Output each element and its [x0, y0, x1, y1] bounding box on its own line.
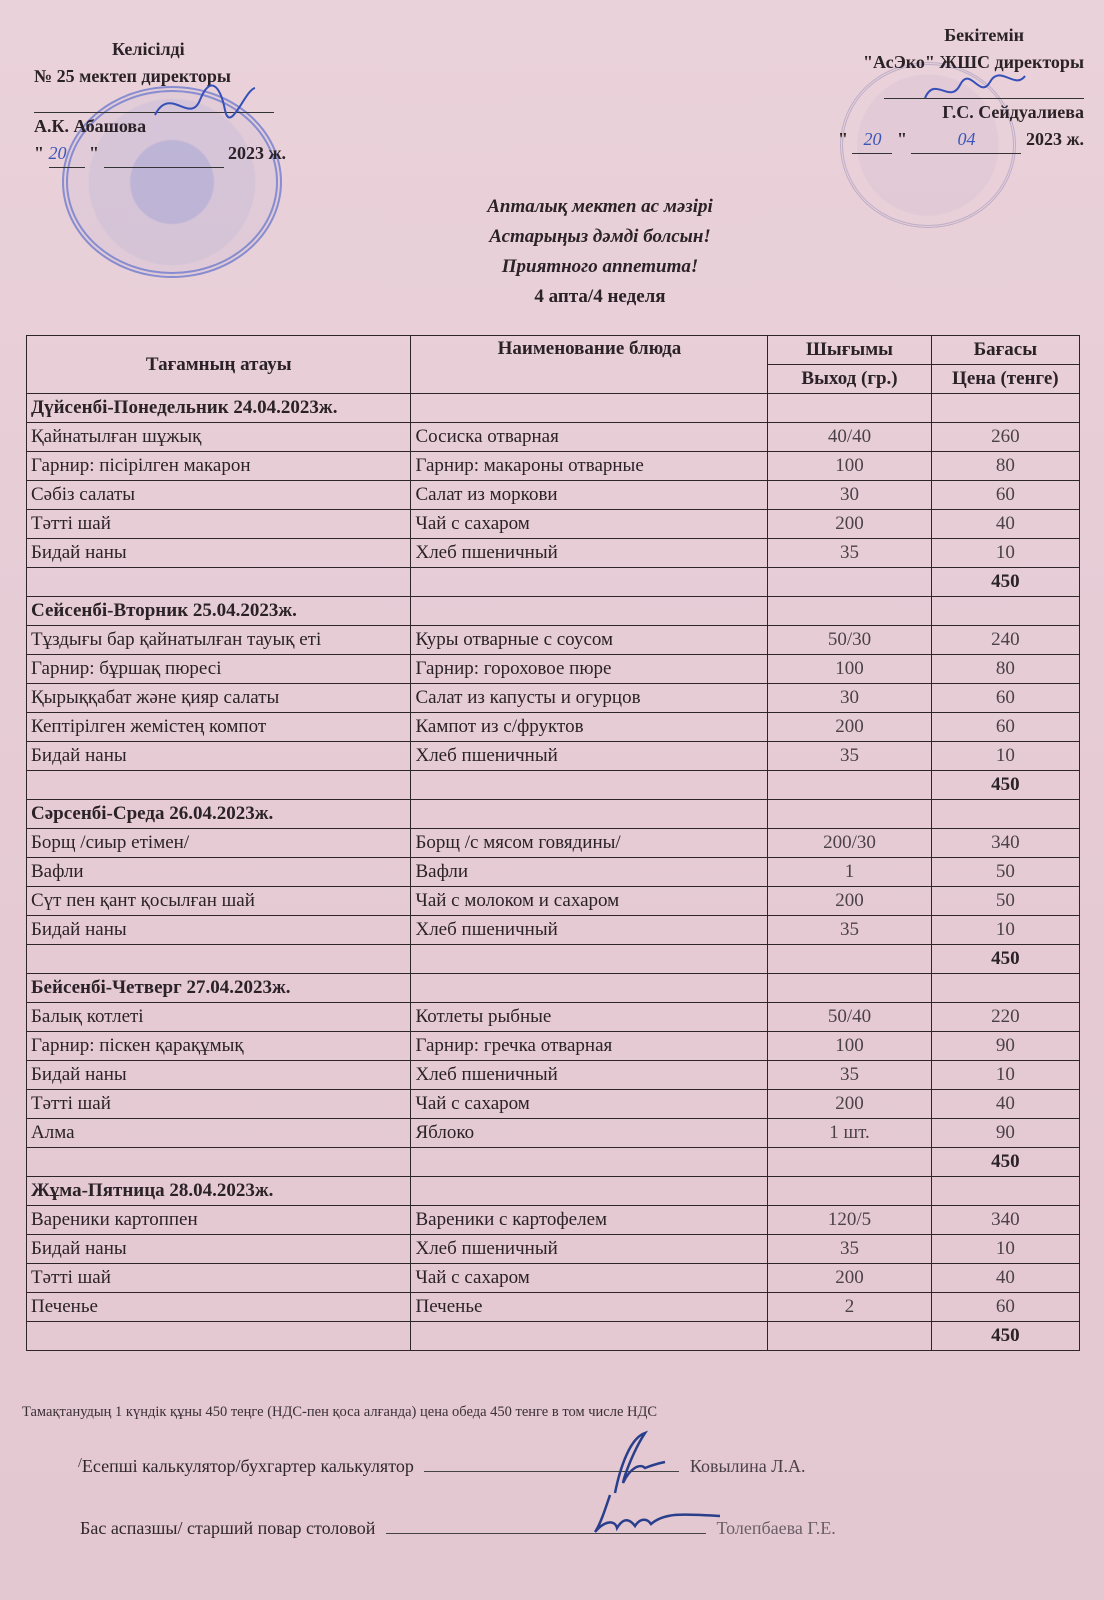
dish-price: 50 [931, 887, 1079, 916]
empty-cell [27, 771, 411, 800]
dish-name-ru: Куры отварные с соусом [411, 626, 768, 655]
dish-name-kz: Бидай наны [27, 1235, 411, 1264]
day-title: Жұма-Пятница 28.04.2023ж. [27, 1177, 411, 1206]
dish-name-kz: Тәтті шай [27, 1264, 411, 1293]
dish-name-kz: Гарнир: піскен қарақұмық [27, 1032, 411, 1061]
header-price-kz: Бағасы [931, 336, 1079, 365]
approval-right-year: 2023 ж. [1026, 129, 1084, 149]
dish-yield: 200/30 [768, 829, 931, 858]
dish-name-ru: Гарнир: гороховое пюре [411, 655, 768, 684]
approval-left-year: 2023 ж. [228, 143, 286, 163]
day-header-row: Дүйсенбі-Понедельник 24.04.2023ж. [27, 394, 1080, 423]
dish-price: 80 [931, 452, 1079, 481]
dish-price: 60 [931, 481, 1079, 510]
empty-cell [411, 1322, 768, 1351]
dish-name-ru: Кампот из с/фруктов [411, 713, 768, 742]
day-total-row: 450 [27, 568, 1080, 597]
empty-cell [411, 597, 768, 626]
dish-name-ru: Котлеты рыбные [411, 1003, 768, 1032]
empty-cell [27, 1322, 411, 1351]
dish-price: 80 [931, 655, 1079, 684]
dish-name-ru: Чай с сахаром [411, 1264, 768, 1293]
dish-yield: 1 [768, 858, 931, 887]
table-row: Бидай наныХлеб пшеничный3510 [27, 1061, 1080, 1090]
dish-yield: 200 [768, 1264, 931, 1293]
table-row: Бидай наныХлеб пшеничный3510 [27, 916, 1080, 945]
dish-name-ru: Вареники с картофелем [411, 1206, 768, 1235]
menu-greeting-ru: Приятного аппетита! [380, 252, 820, 282]
date-quote: " [897, 129, 907, 149]
empty-cell [931, 800, 1079, 829]
dish-name-ru: Чай с сахаром [411, 1090, 768, 1119]
dish-price: 340 [931, 829, 1079, 858]
day-title: Бейсенбі-Четверг 27.04.2023ж. [27, 974, 411, 1003]
approval-left-month-line [104, 140, 224, 168]
table-row: Гарнир: піскен қарақұмықГарнир: гречка о… [27, 1032, 1080, 1061]
dish-yield: 35 [768, 742, 931, 771]
table-row: Тәтті шайЧай с сахаром20040 [27, 510, 1080, 539]
dish-yield: 120/5 [768, 1206, 931, 1235]
dish-yield: 200 [768, 510, 931, 539]
dish-name-kz: Балық котлеті [27, 1003, 411, 1032]
header-name-kz: Тағамның атауы [27, 336, 411, 394]
dish-price: 60 [931, 713, 1079, 742]
table-row: Сүт пен қант қосылған шайЧай с молоком и… [27, 887, 1080, 916]
dish-price: 60 [931, 1293, 1079, 1322]
dish-price: 220 [931, 1003, 1079, 1032]
empty-cell [411, 800, 768, 829]
dish-name-ru: Хлеб пшеничный [411, 539, 768, 568]
dish-name-ru: Чай с молоком и сахаром [411, 887, 768, 916]
dish-name-ru: Вафли [411, 858, 768, 887]
empty-cell [768, 1148, 931, 1177]
dish-yield: 35 [768, 1235, 931, 1264]
dish-price: 240 [931, 626, 1079, 655]
date-quote: " [34, 143, 44, 163]
dish-yield: 30 [768, 684, 931, 713]
dish-yield: 1 шт. [768, 1119, 931, 1148]
day-title: Сәрсенбі-Среда 26.04.2023ж. [27, 800, 411, 829]
approval-right-day: 20 [852, 126, 892, 154]
empty-cell [931, 974, 1079, 1003]
day-total-row: 450 [27, 1322, 1080, 1351]
empty-cell [27, 568, 411, 597]
day-total-row: 450 [27, 945, 1080, 974]
header-yield-ru: Выход (гр.) [768, 365, 931, 394]
menu-table-body: Дүйсенбі-Понедельник 24.04.2023ж.Қайнаты… [27, 394, 1080, 1351]
dish-price: 50 [931, 858, 1079, 887]
table-row: Балық котлетіКотлеты рыбные50/40220 [27, 1003, 1080, 1032]
empty-cell [768, 568, 931, 597]
dish-name-ru: Хлеб пшеничный [411, 1235, 768, 1264]
dish-name-kz: Алма [27, 1119, 411, 1148]
empty-cell [27, 945, 411, 974]
table-row: Бидай наныХлеб пшеничный3510 [27, 1235, 1080, 1264]
day-total: 450 [931, 568, 1079, 597]
table-row: Бидай наныХлеб пшеничный3510 [27, 742, 1080, 771]
empty-cell [27, 1148, 411, 1177]
signature-director-right-icon [920, 70, 1030, 110]
dish-price: 90 [931, 1032, 1079, 1061]
day-total-row: 450 [27, 771, 1080, 800]
table-row: Тәтті шайЧай с сахаром20040 [27, 1264, 1080, 1293]
empty-cell [768, 974, 931, 1003]
signature-name: Ковылина Л.А. [690, 1456, 806, 1476]
menu-title-kz: Апталық мектеп ас мәзірі [380, 192, 820, 222]
dish-name-kz: Бидай наны [27, 742, 411, 771]
table-header-row: Тағамның атауы Наименование блюда Шығымы… [27, 336, 1080, 365]
dish-name-ru: Салат из моркови [411, 481, 768, 510]
dish-price: 340 [931, 1206, 1079, 1235]
approval-right-date: " 20 " 04 2023 ж. [764, 126, 1084, 154]
table-row: Борщ /сиыр етімен/Борщ /с мясом говядины… [27, 829, 1080, 858]
dish-name-ru: Борщ /с мясом говядины/ [411, 829, 768, 858]
signature-row-accountant: /Есепші калькулятор/бухгартер калькулято… [78, 1456, 806, 1477]
dish-name-kz: Кептірілген жемістең компот [27, 713, 411, 742]
dish-name-kz: Печенье [27, 1293, 411, 1322]
dish-price: 10 [931, 1061, 1079, 1090]
empty-cell [768, 771, 931, 800]
empty-cell [931, 597, 1079, 626]
signature-role: Есепші калькулятор/бухгартер калькулятор [82, 1456, 414, 1476]
table-row: АлмаЯблоко1 шт.90 [27, 1119, 1080, 1148]
dish-name-kz: Гарнир: пісірілген макарон [27, 452, 411, 481]
dish-name-kz: Вафли [27, 858, 411, 887]
dish-name-kz: Бидай наны [27, 539, 411, 568]
day-header-row: Сәрсенбі-Среда 26.04.2023ж. [27, 800, 1080, 829]
dish-yield: 100 [768, 452, 931, 481]
dish-yield: 35 [768, 539, 931, 568]
day-total: 450 [931, 1322, 1079, 1351]
date-quote: " [89, 143, 99, 163]
table-row: Тәтті шайЧай с сахаром20040 [27, 1090, 1080, 1119]
dish-price: 10 [931, 539, 1079, 568]
table-row: ПеченьеПеченье260 [27, 1293, 1080, 1322]
dish-name-ru: Печенье [411, 1293, 768, 1322]
menu-title-block: Апталық мектеп ас мәзірі Астарыңыз дәмді… [380, 192, 820, 312]
dish-yield: 35 [768, 1061, 931, 1090]
signature-accountant-icon [595, 1428, 685, 1498]
empty-cell [768, 1177, 931, 1206]
day-total: 450 [931, 945, 1079, 974]
dish-yield: 50/40 [768, 1003, 931, 1032]
table-row: Бидай наныХлеб пшеничный3510 [27, 539, 1080, 568]
empty-cell [768, 597, 931, 626]
dish-yield: 200 [768, 887, 931, 916]
dish-name-kz: Вареники картоппен [27, 1206, 411, 1235]
table-row: Қайнатылған шұжықСосиска отварная40/4026… [27, 423, 1080, 452]
empty-cell [768, 945, 931, 974]
dish-name-kz: Бидай наны [27, 1061, 411, 1090]
dish-yield: 30 [768, 481, 931, 510]
menu-greeting-kz: Астарыңыз дәмді болсын! [380, 222, 820, 252]
dish-price: 10 [931, 1235, 1079, 1264]
dish-price: 60 [931, 684, 1079, 713]
dish-price: 90 [931, 1119, 1079, 1148]
day-total-row: 450 [27, 1148, 1080, 1177]
dish-name-ru: Хлеб пшеничный [411, 1061, 768, 1090]
dish-name-kz: Сүт пен қант қосылған шай [27, 887, 411, 916]
day-header-row: Сейсенбі-Вторник 25.04.2023ж. [27, 597, 1080, 626]
signature-chef-icon [585, 1490, 735, 1540]
empty-cell [768, 800, 931, 829]
signature-director-left-icon [150, 80, 260, 130]
dish-name-kz: Тұздығы бар қайнатылған тауық еті [27, 626, 411, 655]
approval-left-day: 20 [49, 140, 85, 168]
table-row: Қырыққабат және қияр салатыСалат из капу… [27, 684, 1080, 713]
dish-name-kz: Тәтті шай [27, 510, 411, 539]
dish-name-kz: Гарнир: бұршақ пюресі [27, 655, 411, 684]
table-row: Гарнир: пісірілген макаронГарнир: макаро… [27, 452, 1080, 481]
empty-cell [411, 394, 768, 423]
dish-name-kz: Қайнатылған шұжық [27, 423, 411, 452]
dish-name-ru: Сосиска отварная [411, 423, 768, 452]
empty-cell [411, 1177, 768, 1206]
price-note: Тамақтанудың 1 күндік құны 450 теңге (НД… [22, 1404, 657, 1421]
table-row: Кептірілген жемістең компотКампот из с/ф… [27, 713, 1080, 742]
empty-cell [931, 1177, 1079, 1206]
dish-price: 10 [931, 742, 1079, 771]
approval-right-month: 04 [911, 126, 1021, 154]
table-row: Сәбіз салатыСалат из моркови3060 [27, 481, 1080, 510]
dish-name-kz: Қырыққабат және қияр салаты [27, 684, 411, 713]
empty-cell [411, 945, 768, 974]
dish-name-ru: Хлеб пшеничный [411, 916, 768, 945]
table-row: Вареники картоппенВареники с картофелем1… [27, 1206, 1080, 1235]
empty-cell [768, 1322, 931, 1351]
table-row: Тұздығы бар қайнатылған тауық етіКуры от… [27, 626, 1080, 655]
table-row: Гарнир: бұршақ пюресіГарнир: гороховое п… [27, 655, 1080, 684]
empty-cell [411, 974, 768, 1003]
dish-yield: 50/30 [768, 626, 931, 655]
day-header-row: Бейсенбі-Четверг 27.04.2023ж. [27, 974, 1080, 1003]
dish-yield: 35 [768, 916, 931, 945]
approval-left-date: " 20 " 2023 ж. [34, 140, 324, 168]
empty-cell [931, 394, 1079, 423]
date-quote: " [838, 129, 848, 149]
table-row: ВафлиВафли150 [27, 858, 1080, 887]
dish-price: 40 [931, 510, 1079, 539]
dish-yield: 2 [768, 1293, 931, 1322]
day-total: 450 [931, 1148, 1079, 1177]
dish-name-ru: Салат из капусты и огурцов [411, 684, 768, 713]
dish-name-ru: Хлеб пшеничный [411, 742, 768, 771]
dish-name-kz: Борщ /сиыр етімен/ [27, 829, 411, 858]
dish-name-ru: Яблоко [411, 1119, 768, 1148]
dish-yield: 100 [768, 655, 931, 684]
dish-price: 260 [931, 423, 1079, 452]
dish-name-ru: Гарнир: макароны отварные [411, 452, 768, 481]
menu-week: 4 апта/4 неделя [380, 282, 820, 312]
day-title: Сейсенбі-Вторник 25.04.2023ж. [27, 597, 411, 626]
header-yield-kz: Шығымы [768, 336, 931, 365]
day-title: Дүйсенбі-Понедельник 24.04.2023ж. [27, 394, 411, 423]
dish-yield: 200 [768, 1090, 931, 1119]
signature-role: Бас аспазшы/ старший повар столовой [80, 1518, 375, 1538]
header-name-ru: Наименование блюда [411, 336, 768, 394]
dish-price: 40 [931, 1264, 1079, 1293]
dish-price: 10 [931, 916, 1079, 945]
empty-cell [411, 771, 768, 800]
approval-left-title: Келісілді [34, 36, 324, 63]
dish-name-kz: Тәтті шай [27, 1090, 411, 1119]
dish-name-ru: Чай с сахаром [411, 510, 768, 539]
dish-yield: 100 [768, 1032, 931, 1061]
dish-yield: 40/40 [768, 423, 931, 452]
empty-cell [411, 568, 768, 597]
day-total: 450 [931, 771, 1079, 800]
dish-name-ru: Гарнир: гречка отварная [411, 1032, 768, 1061]
empty-cell [768, 394, 931, 423]
approval-right-title: Бекітемін [764, 22, 1084, 49]
header-price-ru: Цена (тенге) [931, 365, 1079, 394]
empty-cell [411, 1148, 768, 1177]
dish-price: 40 [931, 1090, 1079, 1119]
day-header-row: Жұма-Пятница 28.04.2023ж. [27, 1177, 1080, 1206]
dish-name-kz: Бидай наны [27, 916, 411, 945]
menu-table: Тағамның атауы Наименование блюда Шығымы… [26, 335, 1080, 1351]
dish-yield: 200 [768, 713, 931, 742]
dish-name-kz: Сәбіз салаты [27, 481, 411, 510]
